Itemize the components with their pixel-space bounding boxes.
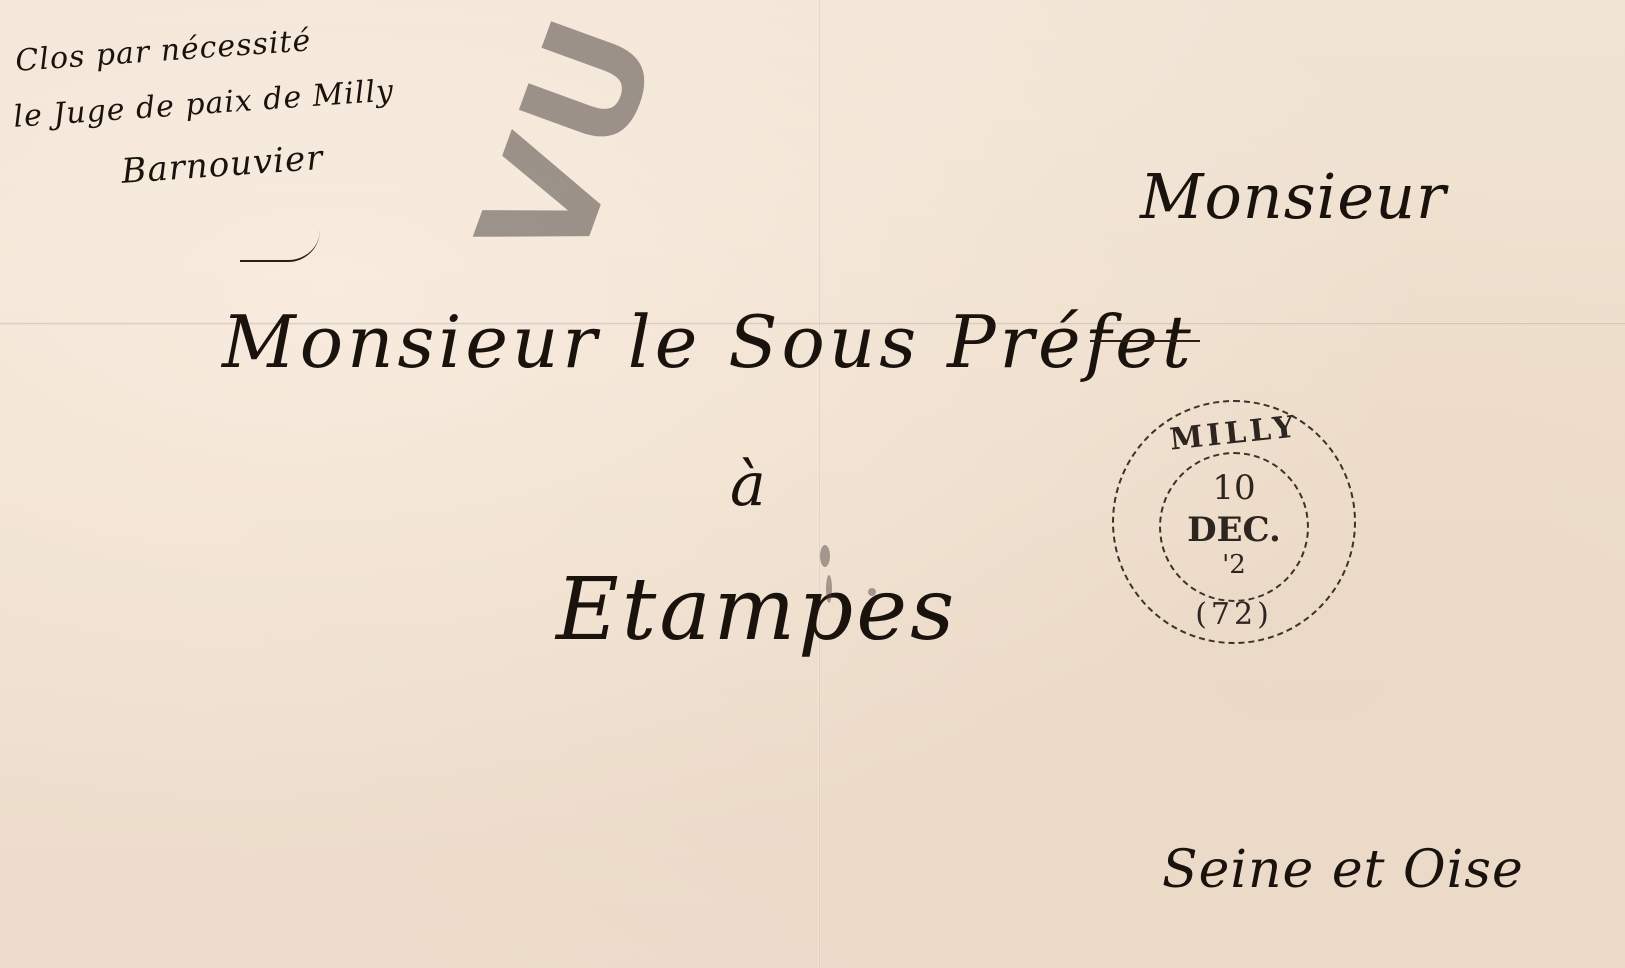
recipient-underline-flourish — [1090, 340, 1200, 342]
postmark-year: '2 — [1114, 550, 1354, 580]
letter-cover: Clos par nécessité le Juge de paix de Mi… — [0, 0, 1625, 968]
postmark-month: DEC. — [1114, 510, 1354, 550]
annotation-signature: Barnouvier — [120, 136, 325, 194]
vertical-fold-crease — [818, 0, 821, 968]
ink-smudge — [826, 575, 832, 603]
destination-city: Etampes — [556, 560, 957, 660]
signature-flourish — [240, 230, 320, 262]
postmark-milly: MILLY 10 DEC. '2 (72) — [1112, 400, 1356, 644]
postmark-department-number: (72) — [1114, 597, 1354, 632]
recipient-title: Monsieur le Sous Préfet — [222, 300, 1195, 384]
salutation: Monsieur — [1140, 160, 1447, 233]
annotation-line-1: Clos par nécessité — [14, 19, 313, 84]
postmark-day: 10 — [1114, 468, 1354, 508]
preposition: à — [730, 450, 767, 520]
ink-smudge — [820, 545, 830, 567]
vu-stamp: VU — [419, 0, 721, 309]
ink-smudge — [868, 588, 876, 596]
destination-department: Seine et Oise — [1162, 840, 1524, 900]
